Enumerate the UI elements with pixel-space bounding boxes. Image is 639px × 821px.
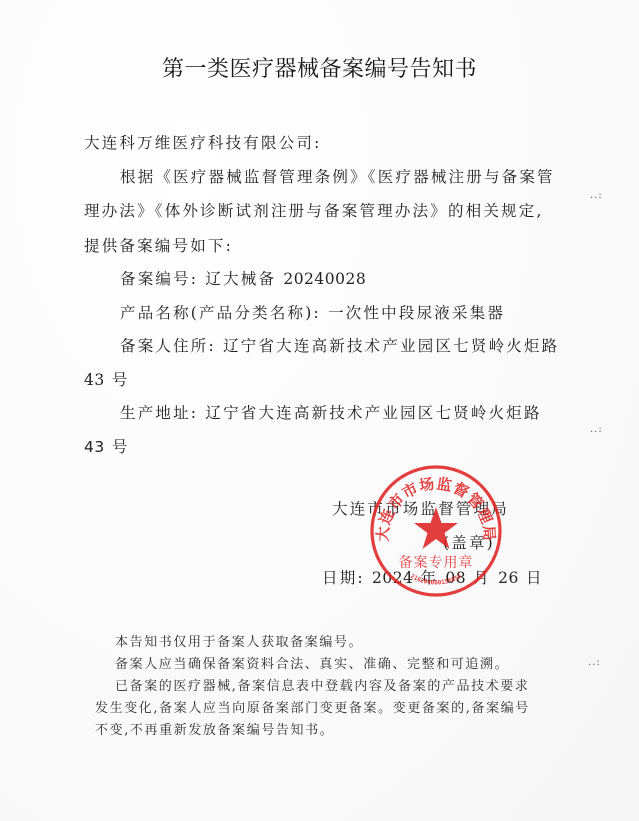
note-line-1: 本告知书仅用于备案人获取备案编号。 <box>115 631 363 650</box>
note-line-2: 备案人应当确保备案资料合法、真实、准确、完整和可追溯。 <box>115 653 509 672</box>
registrant-address-row: 备案人住所: 辽宁省大连高新技术产业园区七贤岭火炬路 <box>120 334 559 356</box>
date-month: 08 <box>445 569 466 587</box>
issuer-name: 大连市市场监督管理局 <box>332 497 509 519</box>
note-line-3: 已备案的医疗器械,备案信息表中登载内容及备案的产品技术要求 <box>115 675 530 694</box>
note-line-4: 发生变化,备案人应当向原备案部门变更备案。变更备案的,备案编号 <box>95 697 530 716</box>
record-number-label: 备案编号: <box>120 270 198 288</box>
issue-date: 日期: 2024 年 08 月 26 日 <box>322 566 544 588</box>
intro-line-1: 根据《医疗器械监督管理条例》《医疗器械注册与备案管 <box>120 165 555 187</box>
registrant-address-continued: 43 号 <box>84 368 130 390</box>
date-year: 2024 <box>372 569 413 587</box>
production-address-label: 生产地址: <box>120 404 198 422</box>
registrant-address-value: 辽宁省大连高新技术产业园区七贤岭火炬路 <box>223 337 559 355</box>
record-number-row: 备案编号: 辽大械备 20240028 <box>120 267 366 289</box>
date-label: 日期: <box>322 569 365 587</box>
production-address-row: 生产地址: 辽宁省大连高新技术产业园区七贤岭火炬路 <box>120 401 542 423</box>
document-page: 第一类医疗器械备案编号告知书 大连科万维医疗科技有限公司: 根据《医疗器械监督管… <box>0 0 639 821</box>
recipient-name: 大连科万维医疗科技有限公司: <box>84 131 322 153</box>
product-name-row: 产品名称(产品分类名称): 一次性中段尿液采集器 <box>120 301 505 323</box>
registrant-address-label: 备案人住所: <box>120 337 216 355</box>
production-address-continued: 43 号 <box>84 435 130 457</box>
intro-line-3: 提供备案编号如下: <box>84 234 233 256</box>
scan-mark: ..: <box>590 424 603 435</box>
record-number-value: 20240028 <box>283 270 366 288</box>
document-title: 第一类医疗器械备案编号告知书 <box>0 52 639 83</box>
intro-line-2: 理办法》《体外诊断试剂注册与备案管理办法》的相关规定, <box>84 199 544 221</box>
seal-note: (盖章) <box>443 531 495 553</box>
product-name-label: 产品名称(产品分类名称): <box>120 304 321 322</box>
scan-mark: ..: <box>588 657 601 668</box>
product-name-value: 一次性中段尿液采集器 <box>328 304 505 322</box>
production-address-value: 辽宁省大连高新技术产业园区七贤岭火炬路 <box>205 404 541 422</box>
scan-mark: ..: <box>590 190 603 201</box>
note-line-5: 不变,不再重新发放备案编号告知书。 <box>95 719 334 738</box>
date-day: 26 <box>498 569 519 587</box>
record-number-prefix: 辽大械备 <box>205 270 276 288</box>
